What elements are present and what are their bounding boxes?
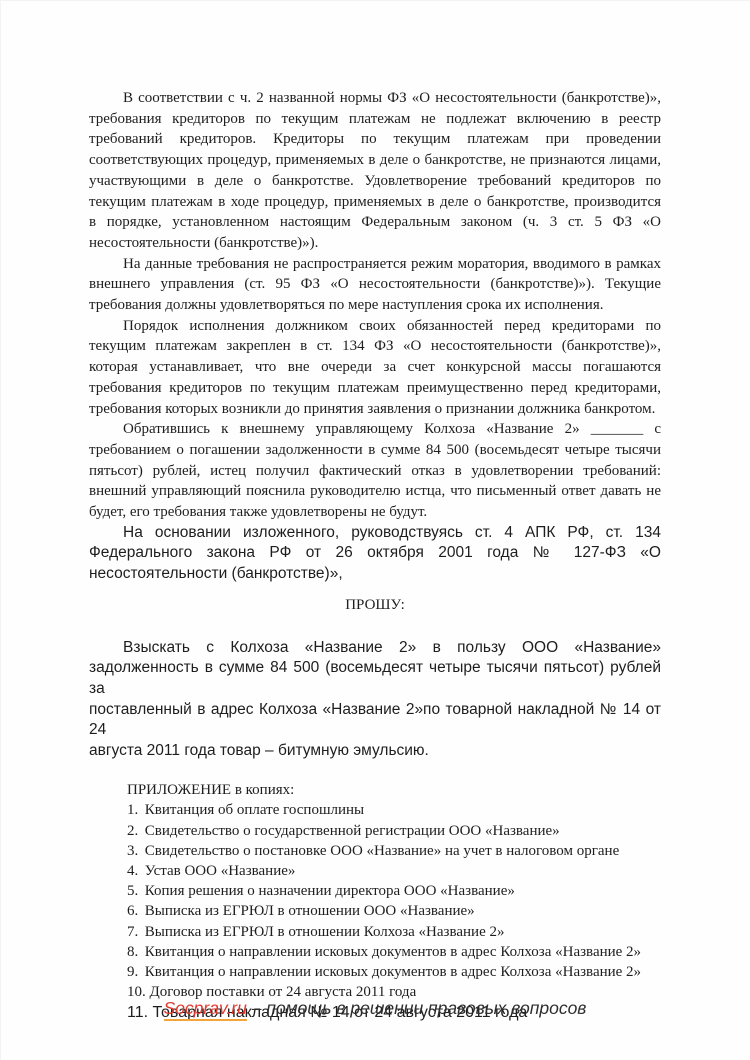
text-line: соответствующих процедур, применяемых в …	[89, 150, 661, 171]
attachment-title: ПРИЛОЖЕНИЕ в копиях:	[127, 780, 661, 801]
attachment-item-number: 8.	[127, 942, 141, 962]
attachment-item-label: Выписка из ЕГРЮЛ в отношении Колхоза «На…	[141, 924, 504, 940]
footer-site-link[interactable]: Socprav.ru	[164, 998, 247, 1021]
paragraph-refusal: Обратившись к внешнему управляющему Колх…	[89, 419, 661, 523]
paragraph-article-134: Порядок исполнения должником своих обяза…	[89, 316, 661, 420]
attachment-item: 7. Выписка из ЕГРЮЛ в отношении Колхоза …	[127, 922, 661, 942]
text-line: внешнего управления (ст. 95 ФЗ «О несост…	[89, 274, 661, 295]
attachment-section: ПРИЛОЖЕНИЕ в копиях: 1. Квитанция об опл…	[89, 780, 661, 1024]
attachment-item-number: 1.	[127, 800, 141, 820]
text-line: На данные требования не распространяется…	[89, 254, 661, 275]
heading-request: ПРОШУ:	[89, 595, 661, 616]
text-line: На основании изложенного, руководствуясь…	[89, 523, 661, 544]
attachment-item: 4. Устав ООО «Название»	[127, 861, 661, 881]
attachment-item-label: Квитанция о направлении исковых документ…	[141, 944, 641, 960]
attachment-item: 3. Свидетельство о постановке ООО «Назва…	[127, 841, 661, 861]
attachment-item-label: Выписка из ЕГРЮЛ в отношении ООО «Назван…	[141, 903, 475, 919]
text-line: Обратившись к внешнему управляющему Колх…	[89, 419, 661, 440]
attachment-item-label: Свидетельство о государственной регистра…	[141, 823, 560, 839]
text-line: требования должны удовлетворяться по мер…	[89, 295, 661, 316]
attachment-item-number: 4.	[127, 861, 141, 881]
attachment-item-label: Квитанция о направлении исковых документ…	[141, 964, 641, 980]
text-line: Порядок исполнения должником своих обяза…	[89, 316, 661, 337]
paragraph-legal-basis: На основании изложенного, руководствуясь…	[89, 523, 661, 585]
text-line: Федерального закона РФ от 26 октября 200…	[89, 543, 661, 564]
text-line: В соответствии с ч. 2 названной нормы ФЗ…	[89, 88, 661, 109]
attachment-item: 6. Выписка из ЕГРЮЛ в отношении ООО «Наз…	[127, 901, 661, 921]
document-content: В соответствии с ч. 2 названной нормы ФЗ…	[89, 88, 661, 1023]
attachment-item-label: Копия решения о назначении директора ООО…	[141, 883, 515, 899]
text-line: требований кредиторов. Кредиторы по теку…	[89, 129, 661, 150]
text-line: требования кредиторов по текущим платежа…	[89, 378, 661, 399]
text-line: требования кредиторов по текущим платежа…	[89, 109, 661, 130]
text-line: Взыскать с Колхоза «Название 2» в пользу…	[89, 638, 661, 659]
attachment-item-label: Квитанция об оплате госпошлины	[141, 802, 364, 818]
paragraph-moratorium: На данные требования не распространяется…	[89, 254, 661, 316]
attachment-item-number: 7.	[127, 922, 141, 942]
text-line: поставленный в адрес Колхоза «Название 2…	[89, 700, 661, 741]
text-line: текущим платежам в ходе процедур, примен…	[89, 192, 661, 213]
attachment-item: 2. Свидетельство о государственной регис…	[127, 821, 661, 841]
attachment-item-label: Устав ООО «Название»	[141, 863, 295, 879]
text-line: в порядке, установленном настоящим Федер…	[89, 212, 661, 233]
text-line: пятьсот) рублей, истец получил фактическ…	[89, 461, 661, 482]
text-line: августа 2011 года товар – битумную эмуль…	[89, 741, 661, 762]
text-line: участвующими в деле о банкротстве. Удовл…	[89, 171, 661, 192]
attachment-item-number: 5.	[127, 881, 141, 901]
text-line: задолженность в сумме 84 500 (восемьдеся…	[89, 658, 661, 699]
paragraph-claim: Взыскать с Колхоза «Название 2» в пользу…	[89, 638, 661, 762]
text-line: требованием о погашении задолженности в …	[89, 440, 661, 461]
text-line: несостоятельности (банкротстве)»,	[89, 564, 661, 585]
text-line: несостоятельности (банкротстве)»).	[89, 233, 661, 254]
document-page: { "document": { "paragraphs": [ { "name"…	[0, 0, 750, 1060]
attachment-item: 9. Квитанция о направлении исковых докум…	[127, 962, 661, 982]
text-line: ПРОШУ:	[89, 595, 661, 616]
paragraphs-container: В соответствии с ч. 2 названной нормы ФЗ…	[89, 88, 661, 762]
attachment-item: 1. Квитанция об оплате госпошлины	[127, 800, 661, 820]
text-line: будет, его требования также удовлетворен…	[89, 502, 661, 523]
text-line: которая устанавливает, что вне очереди з…	[89, 357, 661, 378]
attachment-item-number: 6.	[127, 901, 141, 921]
attachment-item-number: 2.	[127, 821, 141, 841]
page-footer: Socprav.ru – помощь в решении правовых в…	[0, 998, 750, 1019]
paragraph-current-payments-rule: В соответствии с ч. 2 названной нормы ФЗ…	[89, 88, 661, 254]
text-line: текущим платежам закреплен в ст. 134 ФЗ …	[89, 336, 661, 357]
attachment-item: 8. Квитанция о направлении исковых докум…	[127, 942, 661, 962]
attachment-item-number: 9.	[127, 962, 141, 982]
attachment-item-number: 3.	[127, 841, 141, 861]
text-line: внешний управляющий пояснила руководител…	[89, 481, 661, 502]
attachment-list: 1. Квитанция об оплате госпошлины2. Свид…	[127, 800, 661, 1023]
attachment-item-label: Свидетельство о постановке ООО «Название…	[141, 843, 619, 859]
attachment-item: 5. Копия решения о назначении директора …	[127, 881, 661, 901]
text-line: требования которых возникли до принятия …	[89, 399, 661, 420]
footer-tagline: – помощь в решении правовых вопросов	[247, 998, 587, 1018]
